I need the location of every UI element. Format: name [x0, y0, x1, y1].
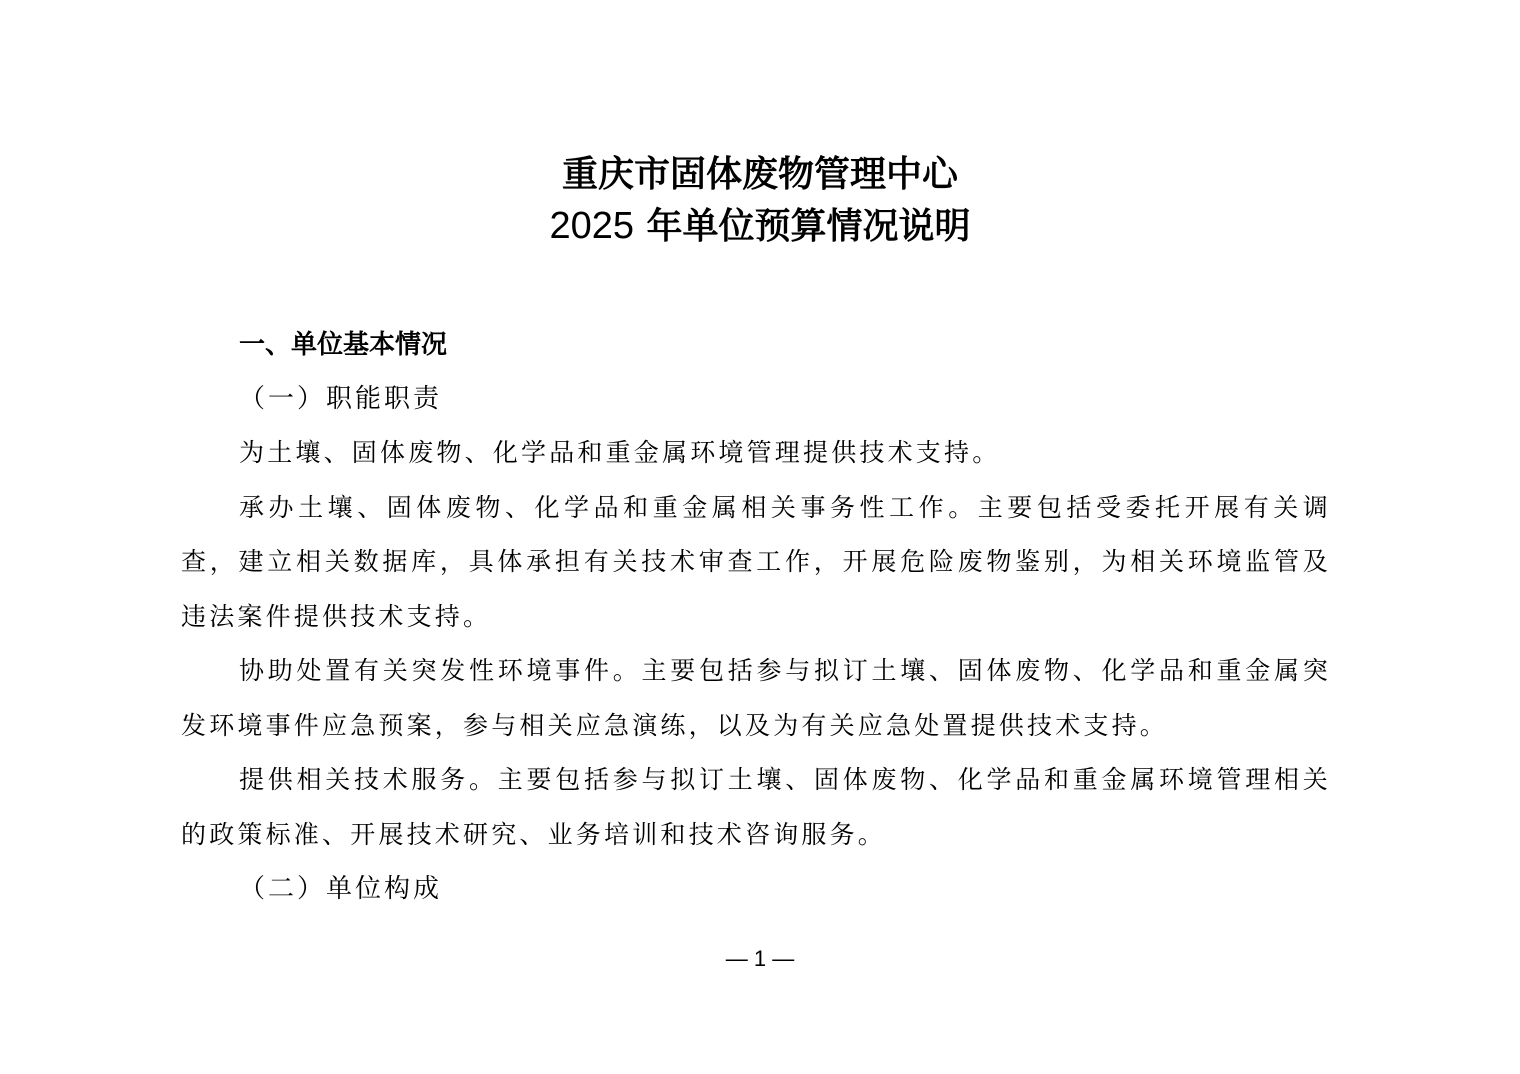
- title-year: 2025: [549, 205, 634, 247]
- document-page: 重庆市固体废物管理中心 2025 年单位预算情况说明 一、单位基本情况 （一）职…: [0, 0, 1520, 1074]
- paragraph-technical-support: 为土壤、固体废物、化学品和重金属环境管理提供技术支持。: [181, 426, 1331, 481]
- title-line-subject: 2025 年单位预算情况说明: [0, 200, 1520, 252]
- page-number: — 1 —: [0, 944, 1520, 974]
- title-line-organization: 重庆市固体废物管理中心: [0, 148, 1520, 200]
- subsection-heading-composition: （二）单位构成: [181, 862, 1331, 916]
- document-title: 重庆市固体废物管理中心 2025 年单位预算情况说明: [0, 148, 1520, 252]
- subsection-heading-functions: （一）职能职责: [181, 372, 1331, 426]
- document-body: 一、单位基本情况 （一）职能职责 为土壤、固体废物、化学品和重金属环境管理提供技…: [181, 318, 1331, 916]
- paragraph-technical-services: 提供相关技术服务。主要包括参与拟订土壤、固体废物、化学品和重金属环境管理相关的政…: [181, 753, 1331, 862]
- paragraph-affairs-work: 承办土壤、固体废物、化学品和重金属相关事务性工作。主要包括受委托开展有关调查，建…: [181, 481, 1331, 645]
- paragraph-emergency-response: 协助处置有关突发性环境事件。主要包括参与拟订土壤、固体废物、化学品和重金属突发环…: [181, 644, 1331, 753]
- section-heading-basic-info: 一、单位基本情况: [181, 318, 1331, 372]
- title-subject-text: 年单位预算情况说明: [634, 205, 971, 247]
